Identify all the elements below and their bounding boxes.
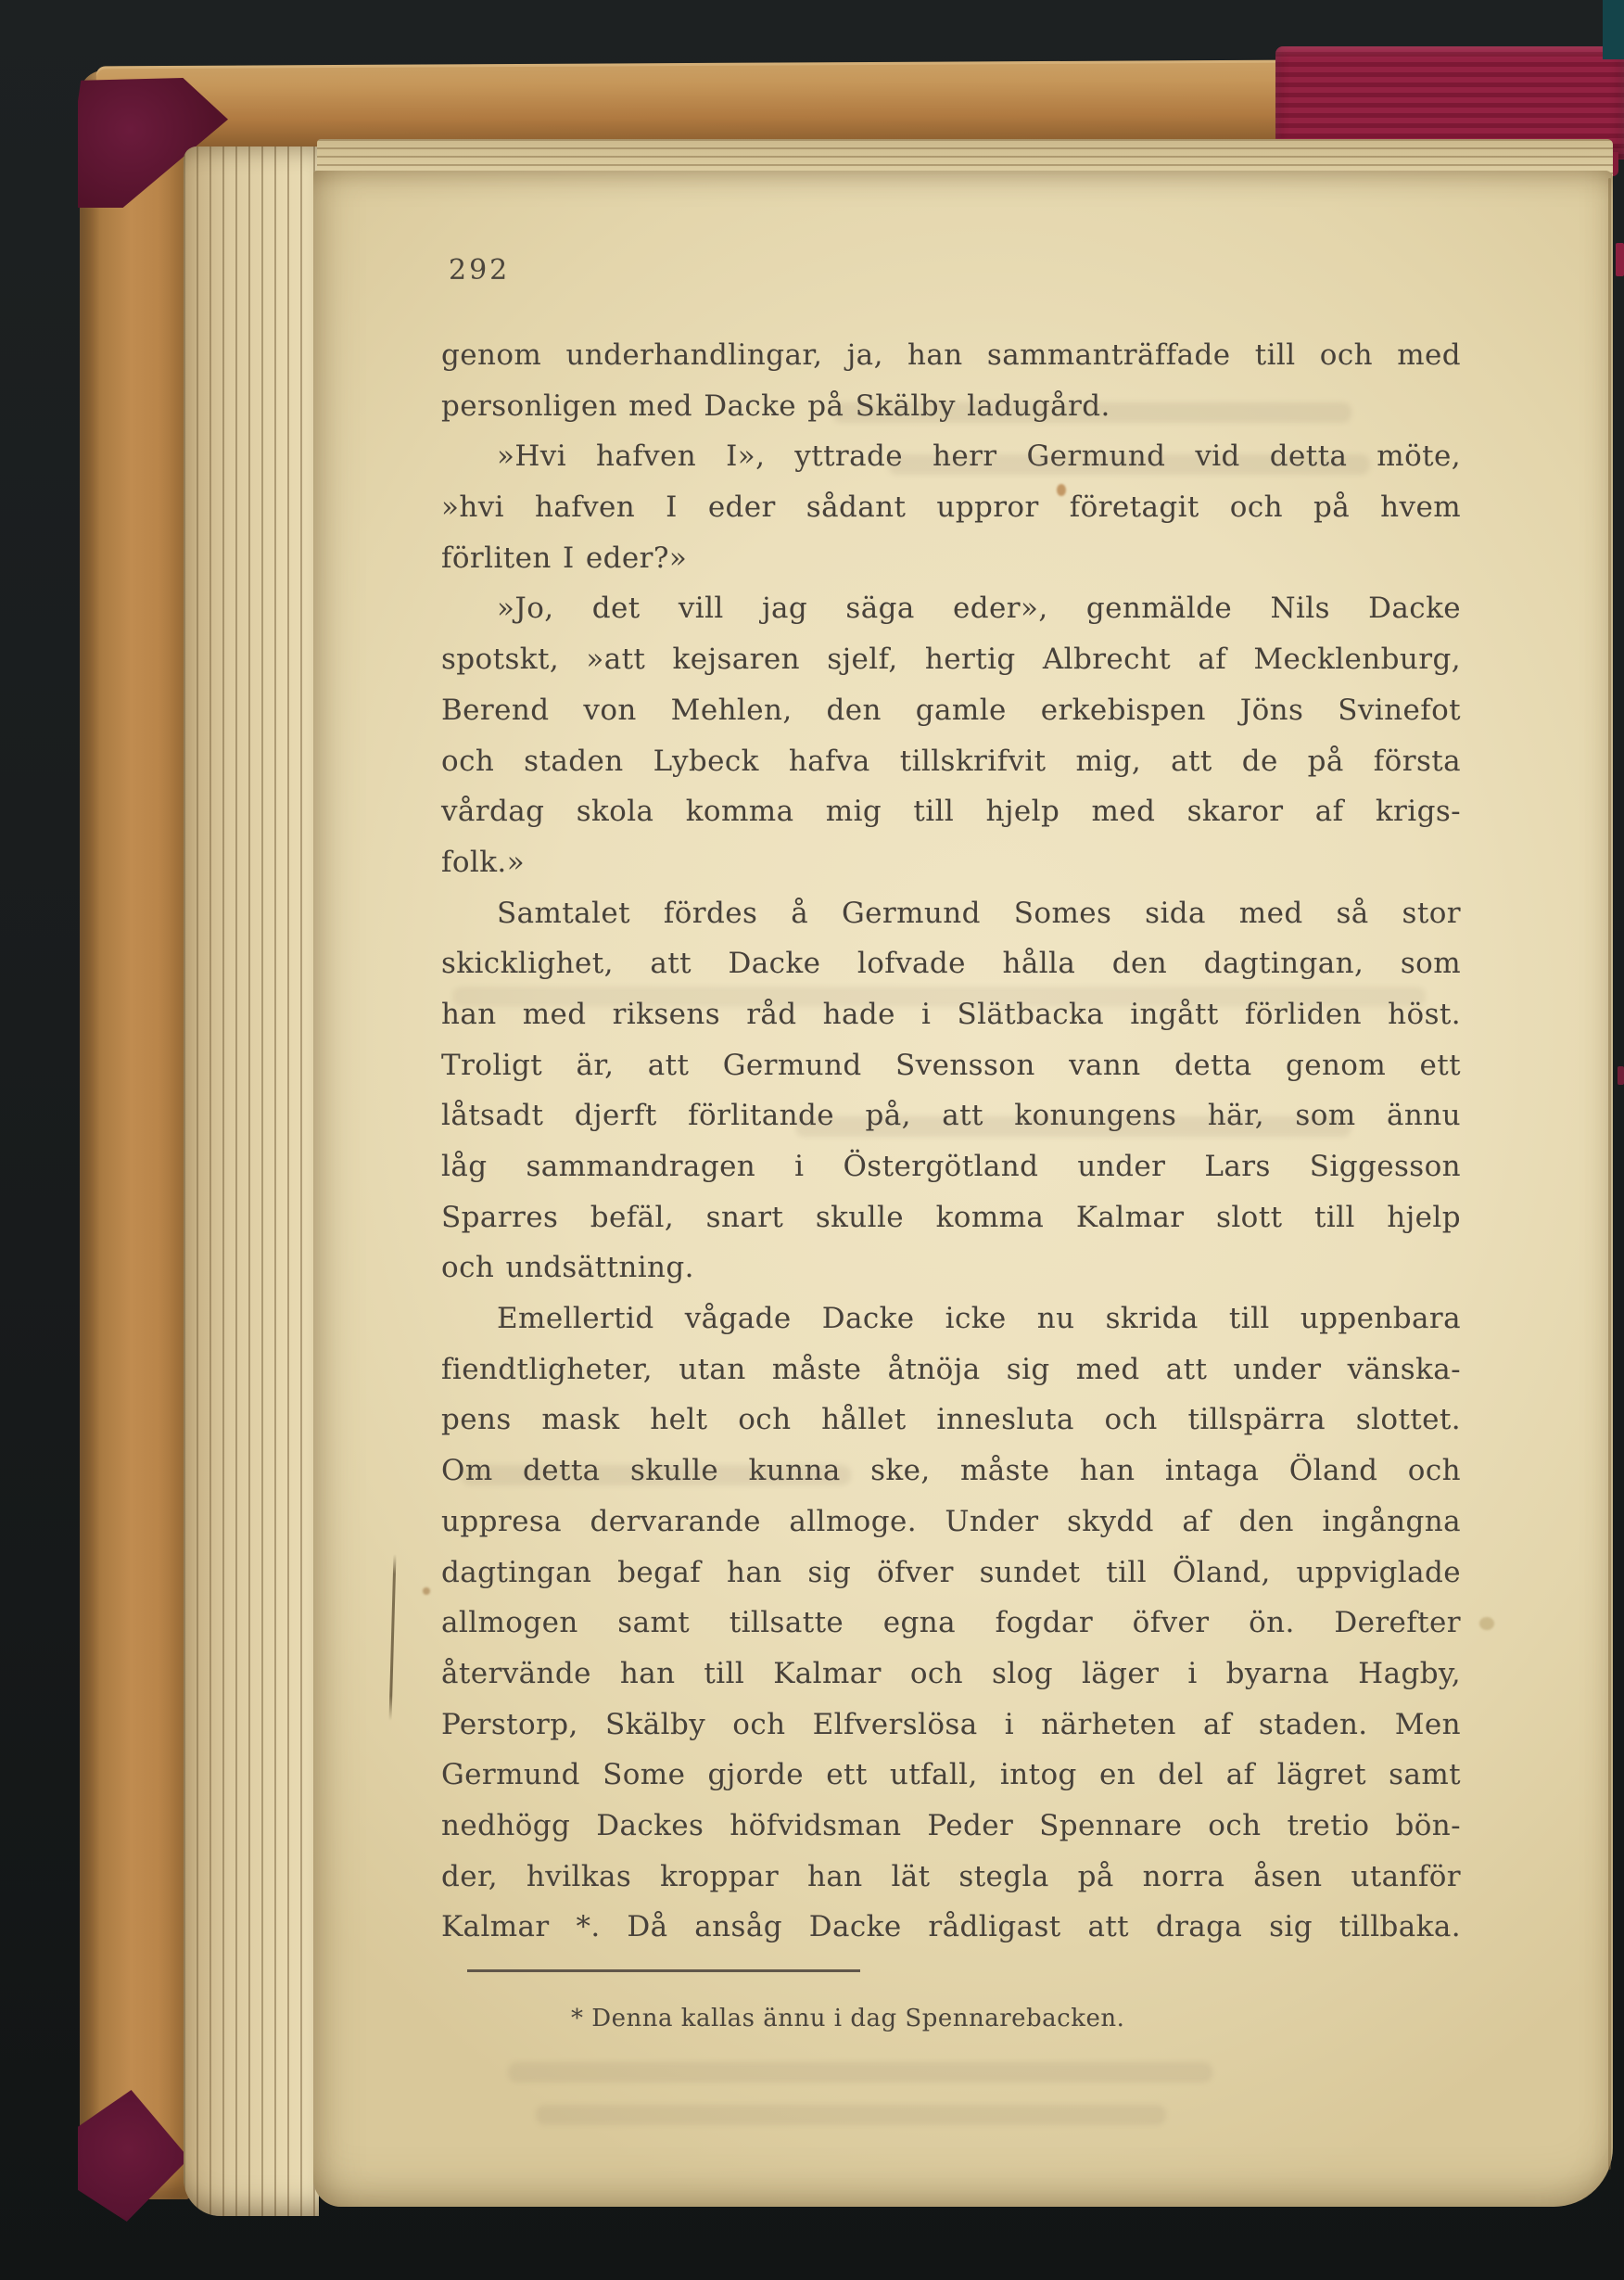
- text-line: dagtingan begaf han sig öfver sundet til…: [441, 1548, 1461, 1599]
- show-through-smudge: [508, 2062, 1212, 2083]
- text-line: nedhögg Dackes höfvidsman Peder Spennare…: [441, 1801, 1461, 1852]
- scan-edge-artifact: [1603, 0, 1624, 59]
- text-line: Samtalet fördes å Germund Somes sida med…: [441, 888, 1461, 939]
- text-line: återvände han till Kalmar och slog läger…: [441, 1649, 1461, 1700]
- text-line: personligen med Dacke på Skälby ladugård…: [441, 381, 1461, 432]
- paper-stain: [423, 1587, 430, 1595]
- footnote-text: * Denna kallas ännu i dag Spennarebacken…: [571, 2005, 1124, 2032]
- text-line: fiendtligheter, utan måste åtnöja sig me…: [441, 1344, 1461, 1395]
- show-through-smudge: [536, 2105, 1166, 2125]
- text-line: vårdag skola komma mig till hjelp med sk…: [441, 786, 1461, 837]
- page-number: 292: [449, 254, 510, 287]
- text-line: och undsättning.: [441, 1242, 1461, 1293]
- text-line: låg sammandragen i Östergötland under La…: [441, 1141, 1461, 1192]
- text-line: »Jo, det vill jag säga eder», genmälde N…: [441, 583, 1461, 634]
- text-line: låtsadt djerft förlitande på, att konung…: [441, 1090, 1461, 1141]
- text-line: Perstorp, Skälby och Elfverslösa i närhe…: [441, 1700, 1461, 1751]
- text-line: Germund Some gjorde ett utfall, intog en…: [441, 1750, 1461, 1801]
- text-line: Om detta skulle kunna ske, måste han int…: [441, 1446, 1461, 1497]
- text-line: der, hvilkas kroppar han lät stegla på n…: [441, 1852, 1461, 1903]
- margin-pen-mark: [388, 1554, 396, 1721]
- text-line: han med riksens råd hade i Slätbacka ing…: [441, 989, 1461, 1040]
- red-edge-speck: [1616, 243, 1624, 276]
- scanned-book-photo: 292 genom underhandlingar, ja, han samma…: [0, 0, 1624, 2280]
- text-line: förliten I eder?»: [441, 533, 1461, 584]
- text-line: folk.»: [441, 837, 1461, 888]
- text-line: Berend von Mehlen, den gamle erkebispen …: [441, 685, 1461, 736]
- paper-stain: [1479, 1617, 1494, 1630]
- text-line: »hvi hafven I eder sådant uppror företag…: [441, 482, 1461, 533]
- text-block: genom underhandlingar, ja, han sammanträ…: [441, 330, 1461, 1953]
- red-edge-speck: [1618, 1066, 1624, 1085]
- text-line: genom underhandlingar, ja, han sammanträ…: [441, 330, 1461, 381]
- page-stack-left-edges: [184, 146, 319, 2216]
- text-line: spotskt, »att kejsaren sjelf, hertig Alb…: [441, 634, 1461, 685]
- text-line: uppresa dervarande allmoge. Under skydd …: [441, 1497, 1461, 1548]
- footnote-rule: [467, 1969, 860, 1972]
- book-page: 292 genom underhandlingar, ja, han samma…: [313, 171, 1613, 2207]
- text-line: Emellertid vågade Dacke icke nu skrida t…: [441, 1293, 1461, 1344]
- text-line: pens mask helt och hållet innesluta och …: [441, 1395, 1461, 1446]
- book-cover-left-edge: [80, 70, 193, 2199]
- text-line: allmogen samt tillsatte egna fogdar öfve…: [441, 1598, 1461, 1649]
- text-line: Kalmar *. Då ansåg Dacke rådligast att d…: [441, 1902, 1461, 1953]
- text-line: Troligt är, att Germund Svensson vann de…: [441, 1040, 1461, 1091]
- text-line: skicklighet, att Dacke lofvade hålla den…: [441, 938, 1461, 989]
- text-line: Sparres befäl, snart skulle komma Kalmar…: [441, 1192, 1461, 1243]
- text-line: »Hvi hafven I», yttrade herr Germund vid…: [441, 431, 1461, 482]
- text-line: och staden Lybeck hafva tillskrifvit mig…: [441, 736, 1461, 787]
